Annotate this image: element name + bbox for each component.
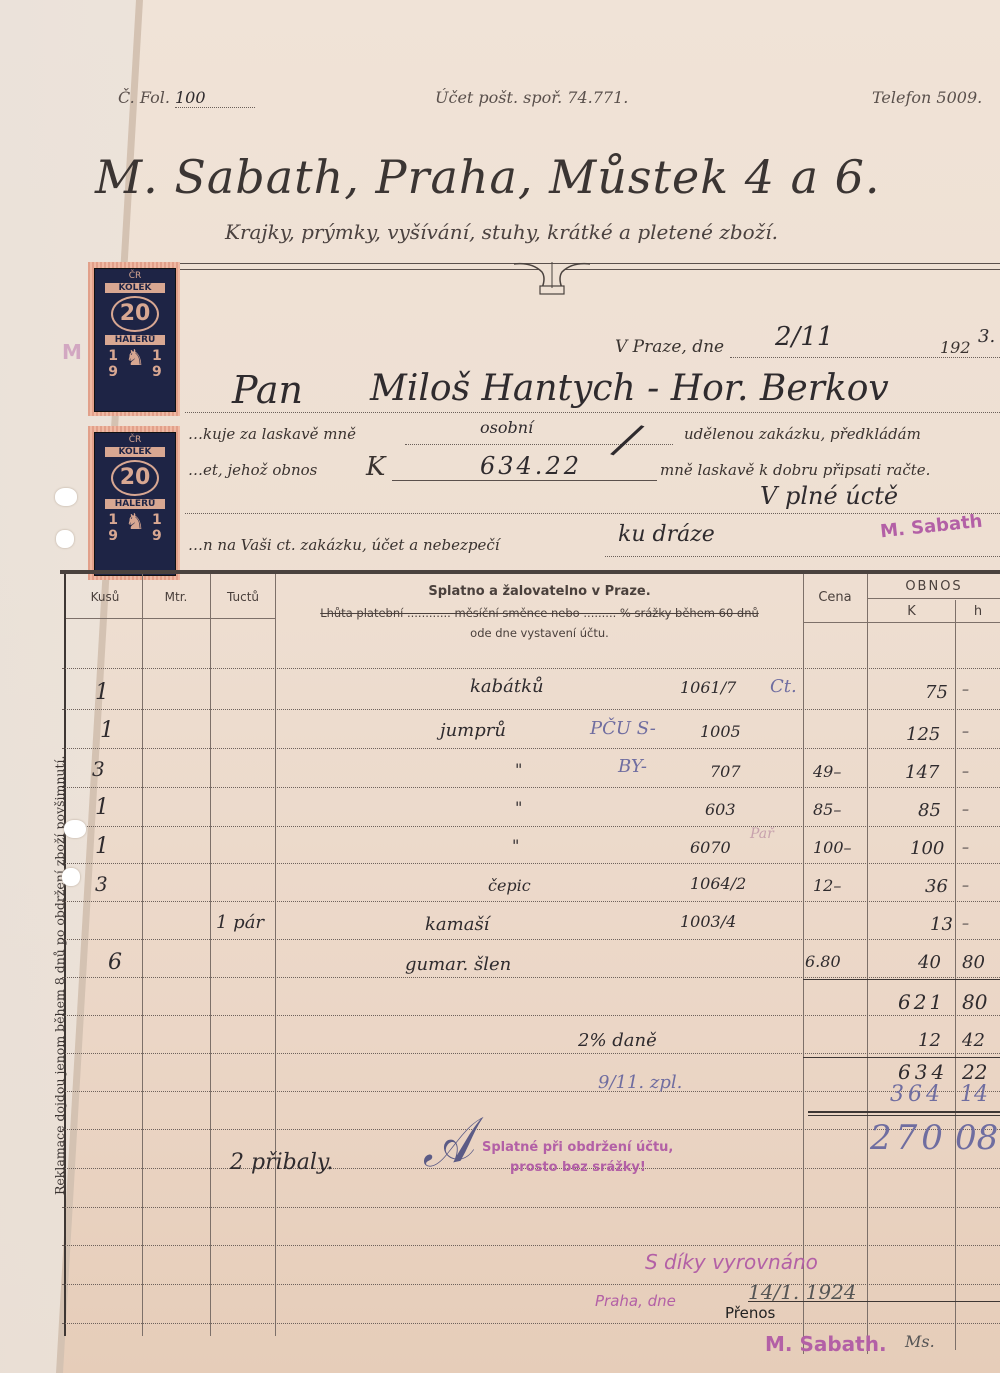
table-top-border bbox=[60, 570, 1000, 574]
date-handwritten: 2/11 bbox=[775, 322, 833, 352]
row-h: – bbox=[962, 682, 969, 698]
packaging-note: 2 přibaly. bbox=[230, 1150, 333, 1175]
folio-value: 100 bbox=[175, 88, 255, 108]
terms-stamp-line2: prosto bez srážky! bbox=[510, 1160, 646, 1175]
row-cena: 49– bbox=[813, 762, 841, 781]
stamp-value: 20 bbox=[111, 296, 159, 332]
row-cena: 100– bbox=[813, 838, 852, 857]
row-item: kabátků bbox=[470, 676, 544, 697]
payment-label: 9/11. zpl. bbox=[598, 1072, 682, 1093]
row-line bbox=[62, 787, 1000, 788]
col-divider bbox=[867, 574, 868, 1354]
obnos-underline bbox=[867, 598, 1000, 599]
tax-h: 42 bbox=[962, 1030, 985, 1051]
row-line bbox=[62, 826, 1000, 827]
payment-terms-2: ode dne vystavení účtu. bbox=[276, 626, 803, 640]
row-item: čepic bbox=[488, 876, 531, 895]
lion-emblem-icon: ♞ bbox=[125, 348, 145, 380]
revenue-stamp-2: ČR KOLEK 20 HALÉŘŮ 1 9♞1 9 bbox=[88, 426, 180, 580]
letter-line3-prefix: …n na Vaši ct. zakázku, účet a nebezpečí bbox=[188, 536, 500, 554]
col-obnos: OBNOS bbox=[868, 579, 1000, 594]
date-line bbox=[730, 357, 1000, 358]
row-k: 36 bbox=[925, 876, 948, 897]
letter-line2-suffix: mně laskavě k dobru připsati račte. bbox=[660, 461, 930, 479]
row-kusu: 1 bbox=[95, 680, 109, 705]
row-h: – bbox=[962, 916, 969, 932]
settled-place: Praha, dne bbox=[595, 1292, 676, 1310]
row-line bbox=[62, 1207, 1000, 1208]
signature-scribble: 𝒜 bbox=[415, 1108, 479, 1182]
balance-rule bbox=[808, 1111, 1000, 1113]
col-mtr: Mtr. bbox=[143, 590, 209, 604]
row-line bbox=[62, 1053, 1000, 1054]
balance-k: 270 bbox=[870, 1118, 947, 1158]
stamp-label: KOLEK bbox=[105, 447, 165, 457]
row-h: – bbox=[962, 764, 969, 780]
row-code: 1064/2 bbox=[690, 874, 746, 893]
telephone: Telefon 5009. bbox=[872, 88, 982, 107]
stamp-label: KOLEK bbox=[105, 283, 165, 293]
stamp-unit: HALÉŘŮ bbox=[105, 335, 165, 345]
payment-h: 14 bbox=[960, 1082, 988, 1107]
firm-name: M. Sabath, Praha, Můstek 4 a 6. bbox=[95, 150, 995, 204]
folio-label: Č. Fol. bbox=[118, 88, 170, 107]
letter-line2-prefix: …et, jehož obnos bbox=[188, 461, 317, 479]
stamp-year-left: 1 9 bbox=[101, 512, 125, 544]
row-line bbox=[62, 939, 1000, 940]
col-divider bbox=[142, 574, 143, 1336]
letter-line1-prefix: …kuje za laskavě mně bbox=[188, 425, 356, 443]
recipient-line bbox=[185, 412, 1000, 413]
terms-stamp-line1: Splatné při obdržení účtu, bbox=[482, 1140, 673, 1155]
row-line bbox=[62, 1015, 1000, 1016]
amount-line bbox=[392, 480, 657, 481]
row-kusu: 1 bbox=[95, 795, 109, 820]
row-code: 6070 bbox=[690, 838, 731, 857]
firm-tagline: Krajky, prýmky, vyšívání, stuhy, krátké … bbox=[225, 220, 778, 244]
recipient-name: Miloš Hantych - Hor. Berkov bbox=[370, 368, 889, 409]
line3-handwritten: ku dráze bbox=[618, 522, 715, 547]
postal-account: Účet pošt. spoř. 74.771. bbox=[435, 88, 628, 107]
row-cena: 6.80 bbox=[805, 952, 841, 971]
row-code: 1005 bbox=[700, 722, 741, 741]
salutation: Pan bbox=[232, 368, 303, 412]
row-k: 125 bbox=[906, 724, 940, 745]
row-item: gumar. šlen bbox=[405, 954, 511, 975]
stamp-unit: HALÉŘŮ bbox=[105, 499, 165, 509]
row-k: 147 bbox=[905, 762, 939, 783]
row-cena: 12– bbox=[813, 876, 841, 895]
closing-handwritten: V plné úctě bbox=[760, 482, 898, 510]
faded-stamp: M bbox=[62, 340, 82, 364]
header-underline bbox=[803, 622, 1000, 623]
tax-k: 12 bbox=[918, 1030, 941, 1051]
row-k: 85 bbox=[918, 800, 941, 821]
row-kusu: 1 bbox=[100, 718, 114, 743]
row-h: – bbox=[962, 724, 969, 740]
line1-handwritten: osobní bbox=[480, 418, 533, 437]
row-item: " bbox=[512, 836, 519, 855]
total-rule bbox=[803, 1057, 1000, 1058]
col-divider bbox=[275, 574, 276, 1336]
row-line bbox=[62, 1129, 1000, 1130]
row-kusu: 6 bbox=[108, 950, 122, 975]
payment-terms: Lhůta platební ............ měsíční směn… bbox=[276, 606, 803, 620]
revenue-stamp-1: ČR KOLEK 20 HALÉŘŮ 1 9♞1 9 bbox=[88, 262, 180, 416]
col-divider bbox=[803, 574, 804, 1354]
row-h: 80 bbox=[962, 952, 985, 973]
letter-line1-suffix: udělenou zakázku, předkládám bbox=[684, 425, 921, 443]
stamp-year-right: 1 9 bbox=[145, 348, 169, 380]
row-note: Ct. bbox=[770, 676, 797, 697]
row-line bbox=[62, 709, 1000, 710]
balance-h: 08 bbox=[955, 1118, 998, 1158]
row-note: Pař bbox=[750, 826, 774, 842]
row-code: 707 bbox=[710, 762, 741, 781]
row-h: – bbox=[962, 840, 969, 856]
col-divider bbox=[210, 574, 211, 1336]
carry-label: Přenos bbox=[725, 1304, 775, 1322]
total-k: 634 bbox=[898, 1060, 948, 1084]
row-line bbox=[62, 1323, 1000, 1324]
row-k: 100 bbox=[910, 838, 944, 859]
year-prefix: 192 bbox=[940, 338, 971, 357]
punch-hole bbox=[64, 820, 86, 838]
row-item: jumprů bbox=[440, 720, 506, 741]
row-line bbox=[62, 748, 1000, 749]
col-description-title: Splatno a žalovatelno v Praze. bbox=[276, 584, 803, 599]
row-kusu: 3 bbox=[95, 872, 108, 896]
subtotal-rule bbox=[803, 979, 1000, 980]
year-suffix: 3. bbox=[978, 326, 995, 347]
row-kusu: 3 bbox=[92, 757, 105, 781]
row-cena: 85– bbox=[813, 800, 841, 819]
subtotal-k: 621 bbox=[898, 990, 945, 1014]
lion-emblem-icon: ♞ bbox=[125, 512, 145, 544]
line3-field bbox=[605, 556, 1000, 557]
balance-rule-2 bbox=[808, 1115, 1000, 1116]
punch-hole bbox=[56, 530, 74, 548]
row-line bbox=[62, 1284, 1000, 1285]
col-obnos-h: h bbox=[956, 604, 1000, 619]
col-cena: Cena bbox=[804, 590, 866, 605]
total-h: 22 bbox=[962, 1060, 987, 1084]
currency-k: K bbox=[366, 452, 385, 482]
subtotal-h: 80 bbox=[962, 990, 987, 1014]
row-h: – bbox=[962, 878, 969, 894]
amount-handwritten: 634.22 bbox=[480, 452, 582, 480]
row-line bbox=[62, 668, 1000, 669]
initials: Ms. bbox=[905, 1332, 935, 1351]
row-k: 75 bbox=[925, 682, 948, 703]
row-item: " bbox=[515, 760, 522, 779]
row-line bbox=[62, 977, 1000, 978]
stamp-year-right: 1 9 bbox=[145, 512, 169, 544]
punch-hole bbox=[62, 868, 80, 886]
punch-hole bbox=[55, 488, 77, 506]
row-tuctu: 1 pár bbox=[216, 912, 264, 933]
col-divider bbox=[955, 600, 956, 1350]
blank-line bbox=[185, 513, 1000, 514]
final-stamp: M. Sabath. bbox=[765, 1332, 887, 1356]
row-item: kamaší bbox=[425, 914, 489, 935]
ornament-icon bbox=[512, 258, 592, 298]
col-obnos-k: K bbox=[868, 604, 955, 619]
row-line bbox=[62, 901, 1000, 902]
row-k: 13 bbox=[930, 914, 953, 935]
row-note: BY- bbox=[618, 756, 647, 777]
side-note: Reklamace dojdou jenom během 8 dnů po ob… bbox=[52, 756, 67, 1195]
place-date-label: V Praze, dne bbox=[615, 337, 724, 357]
tax-label: 2% daně bbox=[578, 1030, 657, 1051]
header-underline bbox=[66, 618, 276, 619]
row-line bbox=[62, 1091, 1000, 1092]
settled-date: 14/1. 1924 bbox=[748, 1280, 857, 1304]
row-note: PČU S- bbox=[590, 718, 656, 739]
row-line bbox=[62, 1245, 1000, 1246]
stamp-country: ČR bbox=[95, 433, 175, 445]
row-code: 1003/4 bbox=[680, 912, 736, 931]
row-line bbox=[62, 863, 1000, 864]
row-code: 1061/7 bbox=[680, 678, 736, 697]
row-h: – bbox=[962, 802, 969, 818]
payment-k: 364 bbox=[890, 1082, 944, 1107]
col-kusu: Kusů bbox=[70, 590, 140, 604]
stamp-value: 20 bbox=[111, 460, 159, 496]
folio: Č. Fol. 100 bbox=[118, 88, 255, 108]
col-tuctu: Tuctů bbox=[211, 590, 275, 604]
row-kusu: 1 bbox=[95, 834, 109, 859]
row-code: 603 bbox=[705, 800, 736, 819]
row-k: 40 bbox=[918, 952, 941, 973]
stamp-country: ČR bbox=[95, 269, 175, 281]
thanks-stamp: S díky vyrovnáno bbox=[645, 1250, 818, 1274]
row-item: " bbox=[515, 798, 522, 817]
stamp-year-left: 1 9 bbox=[101, 348, 125, 380]
